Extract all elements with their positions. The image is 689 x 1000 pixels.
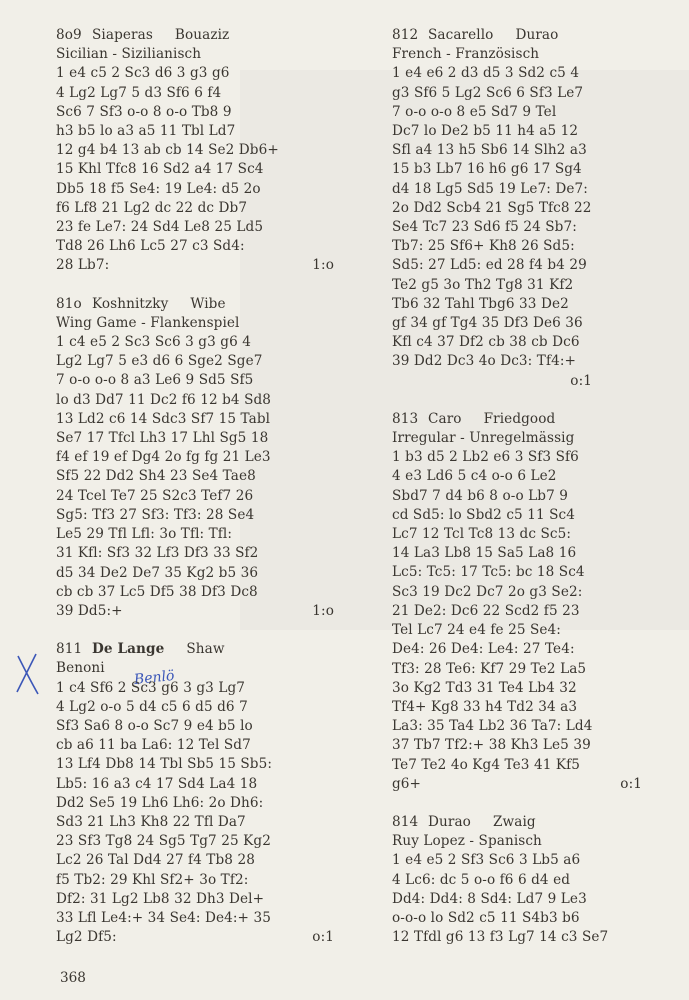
move-line: 4 Lg2 o-o 5 d4 c5 6 d5 d6 7 bbox=[56, 698, 374, 717]
white-player: Koshnitzky bbox=[92, 295, 168, 314]
black-player: Shaw bbox=[186, 641, 224, 657]
handwritten-cross-icon bbox=[14, 652, 42, 696]
move-line: 4 Lc6: dc 5 o-o f6 6 d4 ed bbox=[392, 871, 682, 890]
move-line: 31 Kfl: Sf3 32 Lf3 Df3 33 Sf2 bbox=[56, 544, 374, 563]
move-line: Tb6 32 Tahl Tbg6 33 De2 bbox=[392, 295, 682, 314]
opening-name: Irregular - Unregelmässig bbox=[392, 429, 682, 448]
opening-name: French - Französisch bbox=[392, 45, 682, 64]
game-record: 8o9SiaperasBouazizSicilian - Sizilianisc… bbox=[56, 26, 374, 276]
game-number: 813 bbox=[392, 410, 428, 429]
game-record: 814DuraoZwaigRuy Lopez - Spanisch1 e4 e5… bbox=[392, 813, 682, 947]
move-line: Sd3 21 Lh3 Kh8 22 Tfl Da7 bbox=[56, 813, 374, 832]
move-line: Lc5: Tc5: 17 Tc5: bc 18 Sc4 bbox=[392, 563, 682, 582]
game-record: 813CaroFriedgoodIrregular - Unregelmässi… bbox=[392, 410, 682, 794]
white-player: Durao bbox=[428, 813, 471, 832]
black-player: Zwaig bbox=[493, 814, 536, 830]
black-player: Wibe bbox=[190, 296, 225, 312]
left-column: 8o9SiaperasBouazizSicilian - Sizilianisc… bbox=[56, 26, 374, 966]
move-line: f6 Lf8 21 Lg2 dc 22 dc Db7 bbox=[56, 199, 374, 218]
move-line: Te7 Te2 4o Kg4 Te3 41 Kf5 bbox=[392, 756, 682, 775]
white-player: Caro bbox=[428, 410, 462, 429]
move-line: 1 e4 e6 2 d3 d5 3 Sd2 c5 4 bbox=[392, 64, 682, 83]
move-line: 23 fe Le7: 24 Sd4 Le8 25 Ld5 bbox=[56, 218, 374, 237]
move-list: 1 e4 e6 2 d3 d5 3 Sd2 c5 4g3 Sf6 5 Lg2 S… bbox=[392, 64, 682, 371]
move-line: Sbd7 7 d4 b6 8 o-o Lb7 9 bbox=[392, 487, 682, 506]
game-header: 81oKoshnitzkyWibe bbox=[56, 295, 374, 314]
move-line: 24 Tcel Te7 25 S2c3 Tef7 26 bbox=[56, 487, 374, 506]
move-line: Dd4: Dd4: 8 Sd4: Ld7 9 Le3 bbox=[392, 890, 682, 909]
game-record: 811De LangeShawBenoni1 c4 Sf6 2 Sc3 g6 3… bbox=[56, 640, 374, 947]
move-line: lo d3 Dd7 11 Dc2 f6 12 b4 Sd8 bbox=[56, 391, 374, 410]
move-line: cd Sd5: lo Sbd2 c5 11 Sc4 bbox=[392, 506, 682, 525]
move-line: Sfl a4 13 h5 Sb6 14 Slh2 a3 bbox=[392, 141, 682, 160]
move-line: 15 Khl Tfc8 16 Sd2 a4 17 Sc4 bbox=[56, 160, 374, 179]
game-header: 811De LangeShaw bbox=[56, 640, 374, 659]
game-record: 812SacarelloDuraoFrench - Französisch1 e… bbox=[392, 26, 682, 391]
move-line: Lb5: 16 a3 c4 17 Sd4 La4 18 bbox=[56, 775, 374, 794]
white-player: De Lange bbox=[92, 640, 164, 659]
move-line: 14 La3 Lb8 15 Sa5 La8 16 bbox=[392, 544, 682, 563]
move-line: 1 b3 d5 2 Lb2 e6 3 Sf3 Sf6 bbox=[392, 448, 682, 467]
move-line: 15 b3 Lb7 16 h6 g6 17 Sg4 bbox=[392, 160, 682, 179]
move-line: 2o Dd2 Scb4 21 Sg5 Tfc8 22 bbox=[392, 199, 682, 218]
move-line: Se7 17 Tfcl Lh3 17 Lhl Sg5 18 bbox=[56, 429, 374, 448]
black-player: Durao bbox=[515, 27, 558, 43]
game-header: 813CaroFriedgood bbox=[392, 410, 682, 429]
move-line: o-o-o lo Sd2 c5 11 S4b3 b6 bbox=[392, 909, 682, 928]
move-line: Lc7 12 Tcl Tc8 13 dc Sc5: bbox=[392, 525, 682, 544]
move-line: La3: 35 Ta4 Lb2 36 Ta7: Ld4 bbox=[392, 717, 682, 736]
move-line: Tf4+ Kg8 33 h4 Td2 34 a3 bbox=[392, 698, 682, 717]
move-line: f4 ef 19 ef Dg4 2o fg fg 21 Le3 bbox=[56, 448, 374, 467]
page-number: 368 bbox=[60, 970, 86, 986]
move-line: 1 c4 Sf6 2 Sc3 g6 3 g3 Lg7 bbox=[56, 679, 374, 698]
game-number: 811 bbox=[56, 640, 92, 659]
move-line: 39 Dd2 Dc3 4o Dc3: Tf4:+ bbox=[392, 352, 682, 371]
move-line: 13 Lf4 Db8 14 Tbl Sb5 15 Sb5: bbox=[56, 755, 374, 774]
move-line: Df2: 31 Lg2 Lb8 32 Dh3 Del+ bbox=[56, 890, 374, 909]
move-line: cb cb 37 Lc5 Df5 38 Df3 Dc8 bbox=[56, 583, 374, 602]
right-column: 812SacarelloDuraoFrench - Französisch1 e… bbox=[392, 26, 682, 966]
move-line: 12 Tfdl g6 13 f3 Lg7 14 c3 Se7 bbox=[392, 928, 682, 947]
game-header: 8o9SiaperasBouaziz bbox=[56, 26, 374, 45]
game-number: 814 bbox=[392, 813, 428, 832]
move-line: 1 e4 e5 2 Sf3 Sc6 3 Lb5 a6 bbox=[392, 851, 682, 870]
game-number: 8o9 bbox=[56, 26, 92, 45]
move-list: 1 e4 c5 2 Sc3 d6 3 g3 g64 Lg2 Lg7 5 d3 S… bbox=[56, 64, 374, 275]
move-line: Dd2 Se5 19 Lh6 Lh6: 2o Dh6: bbox=[56, 794, 374, 813]
opening-name: Ruy Lopez - Spanisch bbox=[392, 832, 682, 851]
move-line: d4 18 Lg5 Sd5 19 Le7: De7: bbox=[392, 180, 682, 199]
move-line: 7 o-o o-o 8 e5 Sd7 9 Tel bbox=[392, 103, 682, 122]
game-number: 812 bbox=[392, 26, 428, 45]
move-line: 23 Sf3 Tg8 24 Sg5 Tg7 25 Kg2 bbox=[56, 832, 374, 851]
move-line: Lg2 Lg7 5 e3 d6 6 Sge2 Sge7 bbox=[56, 352, 374, 371]
move-line: Lc2 26 Tal Dd4 27 f4 Tb8 28 bbox=[56, 851, 374, 870]
move-line: Sf3 Sa6 8 o-o Sc7 9 e4 b5 lo bbox=[56, 717, 374, 736]
game-result: o:1 bbox=[392, 775, 682, 794]
white-player: Sacarello bbox=[428, 26, 493, 45]
move-line: 12 g4 b4 13 ab cb 14 Se2 Db6+ bbox=[56, 141, 374, 160]
move-line: 4 Lg2 Lg7 5 d3 Sf6 6 f4 bbox=[56, 84, 374, 103]
black-player: Bouaziz bbox=[175, 27, 229, 43]
move-line: gf 34 gf Tg4 35 Df3 De6 36 bbox=[392, 314, 682, 333]
move-line: cb a6 11 ba La6: 12 Tel Sd7 bbox=[56, 736, 374, 755]
move-line: Td8 26 Lh6 Lc5 27 c3 Sd4: bbox=[56, 237, 374, 256]
move-line: Le5 29 Tfl Lfl: 3o Tfl: Tfl: bbox=[56, 525, 374, 544]
move-line: f5 Tb2: 29 Khl Sf2+ 3o Tf2: bbox=[56, 871, 374, 890]
move-line: 1 e4 c5 2 Sc3 d6 3 g3 g6 bbox=[56, 64, 374, 83]
move-line: Sg5: Tf3 27 Sf3: Tf3: 28 Se4 bbox=[56, 506, 374, 525]
move-line: 13 Ld2 c6 14 Sdc3 Sf7 15 Tabl bbox=[56, 410, 374, 429]
move-line: d5 34 De2 De7 35 Kg2 b5 36 bbox=[56, 564, 374, 583]
move-line: Sc6 7 Sf3 o-o 8 o-o Tb8 9 bbox=[56, 103, 374, 122]
move-line: 21 De2: Dc6 22 Scd2 f5 23 bbox=[392, 602, 682, 621]
move-list: 1 c4 e5 2 Sc3 Sc6 3 g3 g6 4Lg2 Lg7 5 e3 … bbox=[56, 333, 374, 621]
opening-name: Wing Game - Flankenspiel bbox=[56, 314, 374, 333]
move-list: 1 e4 e5 2 Sf3 Sc6 3 Lb5 a64 Lc6: dc 5 o-… bbox=[392, 851, 682, 947]
game-header: 814DuraoZwaig bbox=[392, 813, 682, 832]
move-list: 1 b3 d5 2 Lb2 e6 3 Sf3 Sf64 e3 Ld6 5 c4 … bbox=[392, 448, 682, 794]
move-line: 37 Tb7 Tf2:+ 38 Kh3 Le5 39 bbox=[392, 736, 682, 755]
move-line: Tb7: 25 Sf6+ Kh8 26 Sd5: bbox=[392, 237, 682, 256]
move-list: 1 c4 Sf6 2 Sc3 g6 3 g3 Lg74 Lg2 o-o 5 d4… bbox=[56, 679, 374, 948]
move-line: Kfl c4 37 Df2 cb 38 cb Dc6 bbox=[392, 333, 682, 352]
move-line: Sd5: 27 Ld5: ed 28 f4 b4 29 bbox=[392, 256, 682, 275]
move-line: Tel Lc7 24 e4 fe 25 Se4: bbox=[392, 621, 682, 640]
move-line: g3 Sf6 5 Lg2 Sc6 6 Sf3 Le7 bbox=[392, 84, 682, 103]
black-player: Friedgood bbox=[484, 411, 556, 427]
game-number: 81o bbox=[56, 295, 92, 314]
game-record: 81oKoshnitzkyWibeWing Game - Flankenspie… bbox=[56, 295, 374, 621]
move-line: 4 e3 Ld6 5 c4 o-o 6 Le2 bbox=[392, 467, 682, 486]
move-line: Sf5 22 Dd2 Sh4 23 Se4 Tae8 bbox=[56, 467, 374, 486]
move-line: Te2 g5 3o Th2 Tg8 31 Kf2 bbox=[392, 276, 682, 295]
move-line: De4: 26 De4: Le4: 27 Te4: bbox=[392, 640, 682, 659]
move-line: 1 c4 e5 2 Sc3 Sc6 3 g3 g6 4 bbox=[56, 333, 374, 352]
move-line: Dc7 lo De2 b5 11 h4 a5 12 bbox=[392, 122, 682, 141]
white-player: Siaperas bbox=[92, 26, 153, 45]
opening-name: Benoni bbox=[56, 659, 374, 678]
game-result: o:1 bbox=[392, 372, 682, 391]
move-line: 33 Lfl Le4:+ 34 Se4: De4:+ 35 bbox=[56, 909, 374, 928]
opening-name: Sicilian - Sizilianisch bbox=[56, 45, 374, 64]
game-header: 812SacarelloDurao bbox=[392, 26, 682, 45]
move-line: 3o Kg2 Td3 31 Te4 Lb4 32 bbox=[392, 679, 682, 698]
move-line: Sc3 19 Dc2 Dc7 2o g3 Se2: bbox=[392, 583, 682, 602]
move-line: Tf3: 28 Te6: Kf7 29 Te2 La5 bbox=[392, 660, 682, 679]
move-line: 7 o-o o-o 8 a3 Le6 9 Sd5 Sf5 bbox=[56, 371, 374, 390]
move-line: Se4 Tc7 23 Sd6 f5 24 Sb7: bbox=[392, 218, 682, 237]
move-line: h3 b5 lo a3 a5 11 Tbl Ld7 bbox=[56, 122, 374, 141]
move-line: Db5 18 f5 Se4: 19 Le4: d5 2o bbox=[56, 180, 374, 199]
